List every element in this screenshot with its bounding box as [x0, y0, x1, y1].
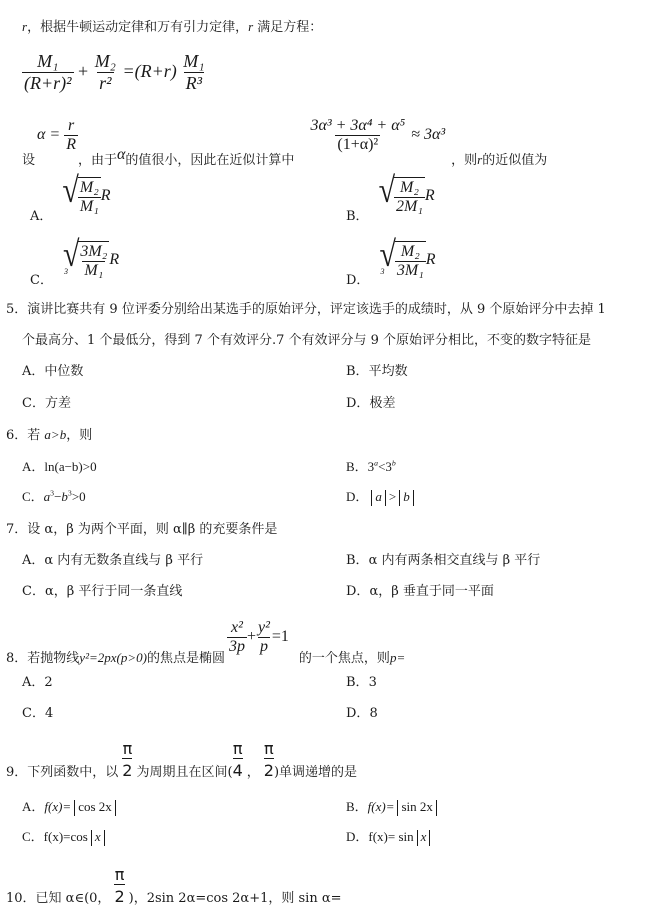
fraction: x²3p — [227, 619, 247, 656]
fraction: M₂r² — [93, 52, 118, 93]
abs-bar-icon — [436, 800, 437, 816]
fraction: M₁(R+r)² — [22, 52, 74, 93]
option-label: C． — [30, 269, 53, 288]
numerator: y² — [256, 619, 272, 637]
abs-bar-icon — [74, 800, 75, 816]
denominator: 2 — [264, 758, 274, 780]
numerator: π — [233, 739, 243, 758]
q6-option-c[interactable]: C．a3−b3>0 — [22, 486, 86, 505]
question-9: 9．下列函数中，以 π2 为周期且在区间( π4 ， π2 )单调递增的是 — [6, 740, 357, 780]
abs-bar-icon — [371, 490, 372, 506]
text: 已知 α∈(0， — [36, 887, 111, 906]
question-8: 8．若抛物线 y²=2px(p>0)的焦点是椭圆 x²3p+y²p=1 的一个焦… — [6, 610, 405, 666]
denominator: p — [258, 637, 270, 656]
option-text: α 内有两条相交直线与 β 平行 — [369, 553, 541, 568]
numerator: M₁ — [35, 52, 60, 72]
denominator: 2M₁ — [394, 197, 425, 216]
abs-bar-icon — [115, 800, 116, 816]
text: )，2sin 2α=cos 2α+1，则 sin α= — [129, 887, 342, 906]
radical: 3√M₂3M₁R — [379, 241, 435, 280]
abs-bar-icon — [399, 490, 400, 506]
function: f(x)= sin — [368, 829, 413, 844]
orbit-equation: M₁(R+r)² + M₂r² =(R+r) M₁R³ — [22, 52, 207, 93]
inner: cos 2x — [78, 799, 112, 814]
option-text: ln(a−b)>0 — [44, 459, 96, 474]
q8-option-b[interactable]: B．3 — [346, 671, 377, 690]
denominator: R — [64, 135, 78, 154]
q9-option-a[interactable]: A．f(x)=cos 2x — [22, 796, 119, 816]
fraction: rR — [64, 117, 78, 154]
fraction: π4 — [233, 739, 243, 780]
approx-line: 设 α = rR ，由于 α 的值很小，因此在近似计算中 3α³ + 3α⁴ +… — [22, 112, 547, 168]
denominator: (R+r)² — [22, 72, 74, 94]
option-text: 8 — [369, 706, 377, 721]
numerator: M₁ — [181, 52, 206, 72]
q7-option-c[interactable]: C．α，β 平行于同一条直线 — [22, 580, 182, 599]
option-label: D． — [346, 489, 368, 504]
question-10: 10．已知 α∈(0， π2 )，2sin 2α=cos 2α+1，则 sin … — [6, 866, 342, 906]
abs-bar-icon — [413, 490, 414, 506]
abs-bar-icon — [104, 830, 105, 846]
fraction: π2 — [264, 739, 274, 780]
text: )单调递增的是 — [274, 761, 357, 780]
math: a>b — [44, 427, 66, 442]
text: >0 — [72, 489, 86, 504]
tail: R — [426, 251, 436, 268]
option-a[interactable]: A． √M₂M₁R — [30, 174, 111, 224]
numerator: r — [66, 117, 76, 135]
alpha-symbol: α — [117, 146, 125, 164]
option-label: D． — [346, 269, 369, 288]
option-text: α 内有无数条直线与 β 平行 — [44, 553, 203, 568]
fraction: π2 — [114, 865, 124, 906]
q9-option-d[interactable]: D．f(x)= sinx — [346, 826, 433, 846]
option-label: C． — [22, 706, 45, 721]
option-label: D． — [346, 706, 369, 721]
inner: x — [95, 829, 101, 844]
q6-option-d[interactable]: D．a>b — [346, 486, 417, 506]
abs-bar-icon — [417, 830, 418, 846]
option-text: α，β 平行于同一条直线 — [45, 584, 182, 599]
plus-sign: + — [247, 628, 256, 645]
option-text: 极差 — [369, 396, 395, 411]
option-text: 中位数 — [44, 364, 83, 379]
q7-option-d[interactable]: D．α，β 垂直于同一平面 — [346, 580, 494, 599]
q9-option-c[interactable]: C．f(x)=cosx — [22, 826, 108, 846]
option-label: A． — [22, 799, 44, 814]
cube-root-icon: √M₂3M₁ — [379, 241, 425, 280]
text: 的一个焦点，则 — [299, 647, 390, 666]
numerator: M₂ — [399, 243, 422, 261]
option-label: A． — [22, 459, 44, 474]
numerator: M₂ — [93, 52, 118, 72]
text: 的焦点是椭圆 — [147, 647, 225, 666]
option-label: B． — [346, 364, 369, 379]
denominator: (1+α)² — [335, 135, 380, 154]
text: 设 — [22, 149, 35, 168]
option-label: C． — [22, 396, 45, 411]
q5-option-d[interactable]: D．极差 — [346, 392, 395, 411]
option-label: B． — [346, 799, 368, 814]
numerator: π — [123, 739, 133, 758]
sqrt-icon: √M₂2M₁ — [379, 177, 425, 216]
text: 的值很小，因此在近似计算中 — [125, 149, 294, 168]
numerator: π — [264, 739, 274, 758]
var: b — [403, 489, 410, 504]
math: p= — [390, 650, 405, 666]
text: 为周期且在区间( — [136, 761, 232, 780]
abs-bar-icon — [385, 490, 386, 506]
option-label: B． — [346, 553, 369, 568]
text: ，则 — [451, 149, 477, 168]
fraction: 3α³ + 3α⁴ + α⁵(1+α)² — [308, 117, 407, 154]
question-stem: 设 α，β 为两个平面，则 α∥β 的充要条件是 — [27, 522, 277, 537]
abs-bar-icon — [91, 830, 92, 846]
radical: 3√3M₂M₁R — [63, 241, 119, 280]
option-label: C． — [22, 829, 44, 844]
var: a — [375, 489, 382, 504]
option-text: 2 — [44, 675, 52, 690]
q8-option-c[interactable]: C．4 — [22, 702, 53, 721]
rhs: ≈ 3α³ — [411, 126, 445, 143]
operator: > — [389, 489, 396, 504]
math: y²=2px(p>0) — [79, 650, 147, 666]
denominator: 3p — [227, 637, 247, 656]
fraction: π2 — [122, 739, 132, 780]
function: f(x)= — [44, 799, 71, 814]
numerator: x² — [229, 619, 245, 637]
option-label: D． — [346, 396, 369, 411]
option-label: D． — [346, 584, 369, 599]
function: f(x)=cos — [44, 829, 88, 844]
option-label: A． — [22, 553, 44, 568]
option-label: B． — [346, 205, 369, 224]
text: 的近似值为 — [482, 149, 547, 168]
text: ， — [247, 761, 260, 780]
lhs: α = — [37, 126, 60, 143]
sqrt-icon: √M₂M₁ — [62, 177, 100, 216]
question-number: 8． — [6, 647, 27, 666]
numerator: π — [115, 865, 125, 884]
question-number: 10． — [6, 887, 36, 906]
denominator: 4 — [233, 758, 243, 780]
radical: √M₂M₁R — [62, 177, 110, 216]
option-label: A． — [30, 205, 52, 224]
option-text: α，β 垂直于同一平面 — [369, 584, 493, 599]
plus-sign: + — [78, 61, 88, 81]
denominator: r² — [97, 72, 113, 94]
tail: R — [425, 187, 435, 204]
denominator: M₁ — [78, 197, 101, 216]
option-label: B． — [346, 675, 369, 690]
alpha-definition: α = rR — [37, 117, 78, 154]
intro-text: ，根据牛顿运动定律和万有引力定律， — [27, 20, 248, 35]
question-stem: 演讲比赛共有 9 位评委分别给出某选手的原始评分，评定该选手的成绩时，从 9 个… — [27, 302, 605, 317]
q5-option-a[interactable]: A．中位数 — [22, 360, 83, 379]
q6-option-b[interactable]: B．3a<3b — [346, 456, 396, 475]
inner: x — [421, 829, 427, 844]
q7-option-b[interactable]: B．α 内有两条相交直线与 β 平行 — [346, 549, 540, 568]
radical: √M₂2M₁R — [379, 177, 435, 216]
option-d[interactable]: D． 3√M₂3M₁R — [346, 232, 436, 288]
option-label: D． — [346, 829, 368, 844]
intro-text: 满足方程： — [253, 20, 322, 35]
q6-option-a[interactable]: A．ln(a−b)>0 — [22, 456, 97, 475]
cube-root-icon: √3M₂M₁ — [63, 241, 109, 280]
denominator: R³ — [184, 72, 204, 94]
question-5-line1: 5．演讲比赛共有 9 位评委分别给出某选手的原始评分，评定该选手的成绩时，从 9… — [6, 298, 606, 317]
fraction: M₁R³ — [181, 52, 206, 93]
text: 下列函数中，以 — [27, 761, 118, 780]
denominator: 2 — [122, 758, 132, 780]
approximation: 3α³ + 3α⁴ + α⁵(1+α)² ≈ 3α³ — [308, 117, 445, 154]
numerator: 3M₂ — [78, 243, 109, 261]
numerator: M₂ — [78, 179, 101, 197]
abs-bar-icon — [429, 830, 430, 846]
q5-option-b[interactable]: B．平均数 — [346, 360, 408, 379]
option-text: 4 — [45, 706, 53, 721]
denominator: M₁ — [82, 261, 105, 280]
q7-option-a[interactable]: A．α 内有无数条直线与 β 平行 — [22, 549, 203, 568]
text: 若 — [27, 428, 44, 443]
denominator: 2 — [114, 884, 124, 906]
option-text: 方差 — [45, 396, 71, 411]
question-number: 6． — [6, 428, 27, 443]
option-label: C． — [22, 489, 44, 504]
numerator: 3α³ + 3α⁴ + α⁵ — [308, 117, 407, 135]
numerator: M₂ — [398, 179, 421, 197]
rhs: =1 — [272, 628, 289, 645]
q5-option-c[interactable]: C．方差 — [22, 392, 71, 411]
option-c[interactable]: C． 3√3M₂M₁R — [30, 232, 119, 288]
tail: R — [101, 187, 111, 204]
text: 若抛物线 — [27, 647, 79, 666]
question-6: 6．若 a>b，则 — [6, 424, 92, 443]
ellipse-equation: x²3p+y²p=1 — [227, 619, 289, 656]
q9-option-b[interactable]: B．f(x)=sin 2x — [346, 796, 440, 816]
question-number: 9． — [6, 761, 27, 780]
option-b[interactable]: B． √M₂2M₁R — [346, 174, 435, 224]
fraction: y²p — [256, 619, 272, 656]
option-text: 平均数 — [369, 364, 408, 379]
question-5-line2: 个最高分、1 个最低分，得到 7 个有效评分.7 个有效评分与 9 个原始评分相… — [22, 329, 591, 348]
option-label: A． — [22, 675, 44, 690]
exponent: b — [392, 459, 396, 468]
q8-option-d[interactable]: D．8 — [346, 702, 378, 721]
function: f(x)= — [368, 799, 395, 814]
option-label: B． — [346, 459, 368, 474]
denominator: 3M₁ — [395, 261, 426, 280]
question-number: 7． — [6, 522, 27, 537]
intro-line: r，根据牛顿运动定律和万有引力定律，r 满足方程： — [22, 16, 322, 35]
option-label: A． — [22, 364, 44, 379]
text: ，则 — [66, 428, 92, 443]
equals-term: =(R+r) — [122, 61, 176, 81]
q8-option-a[interactable]: A．2 — [22, 671, 53, 690]
question-number: 5． — [6, 302, 27, 317]
abs-bar-icon — [397, 800, 398, 816]
question-7: 7．设 α，β 为两个平面，则 α∥β 的充要条件是 — [6, 518, 277, 537]
text: ，由于 — [78, 149, 117, 168]
tail: R — [109, 251, 119, 268]
option-text: 3 — [369, 675, 377, 690]
option-label: C． — [22, 584, 45, 599]
inner: sin 2x — [401, 799, 432, 814]
